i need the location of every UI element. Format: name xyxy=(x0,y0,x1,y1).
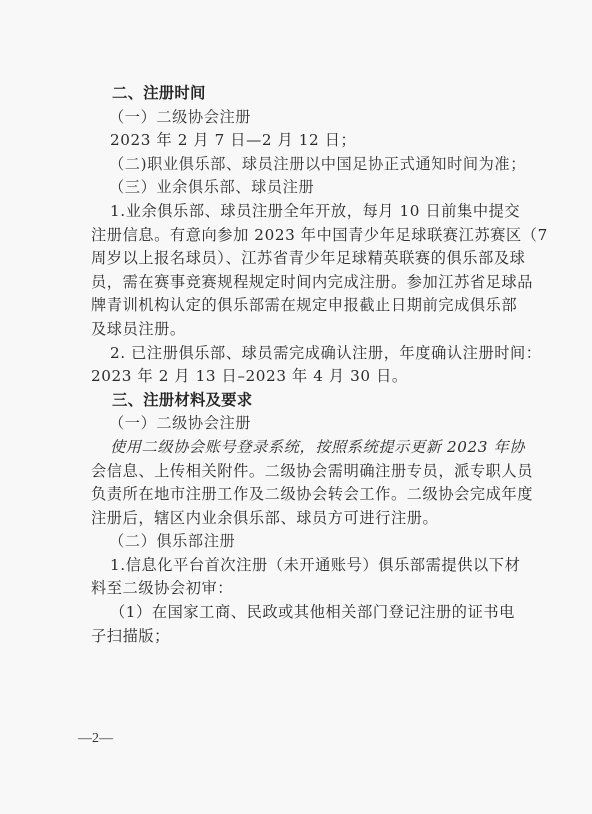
text-line: 注册后，辖区内业余俱乐部、球员方可进行注册。 xyxy=(91,507,519,531)
text-line: 周岁以上报名球员）、江苏省青少年足球精英联赛的俱乐部及球 xyxy=(91,247,519,271)
subheading-level2-association: （一）二级协会注册 xyxy=(91,412,519,436)
text-line: 注册信息。有意向参加 2023 年中国青少年足球联赛江苏赛区（7 xyxy=(91,224,519,248)
subheading-club-registration: （二）俱乐部注册 xyxy=(91,530,519,554)
text-line: 1.业余俱乐部、球员注册全年开放，每月 10 日前集中提交 xyxy=(91,200,519,224)
text-line: 负责所在地市注册工作及二级协会转会工作。二级协会完成年度 xyxy=(91,483,519,507)
text-line: 牌青训机构认定的俱乐部需在规定申报截止日期前完成俱乐部 xyxy=(91,294,519,318)
text-line: 2. 已注册俱乐部、球员需完成确认注册，年度确认注册时间： xyxy=(91,342,519,366)
text-line: 会信息、上传相关附件。二级协会需明确注册专员，派专职人员 xyxy=(91,460,519,484)
text-line: 2023 年 2 月 13 日–2023 年 4 月 30 日。 xyxy=(91,365,519,389)
association-registration-dates: 2023 年 2 月 7 日—2 月 12 日； xyxy=(91,129,519,153)
text-line: 1.信息化平台首次注册（未开通账号）俱乐部需提供以下材 xyxy=(91,554,519,578)
section-heading-registration-time: 二、注册时间 xyxy=(91,82,519,106)
text-line: （1）在国家工商、民政或其他相关部门登记注册的证书电 xyxy=(91,601,519,625)
text-line: 员，需在赛事竞赛规程规定时间内完成注册。参加江苏省足球品 xyxy=(91,271,519,295)
text-line: 子扫描版； xyxy=(91,625,519,649)
subheading-amateur-club: （三）业余俱乐部、球员注册 xyxy=(91,176,519,200)
professional-club-registration: （二)职业俱乐部、球员注册以中国足协正式通知时间为准； xyxy=(91,153,519,177)
text-line: 料至二级协会初审： xyxy=(91,577,519,601)
document-page: 二、注册时间 （一）二级协会注册 2023 年 2 月 7 日—2 月 12 日… xyxy=(0,0,592,814)
paragraph-confirm-registration: 2. 已注册俱乐部、球员需完成确认注册，年度确认注册时间： 2023 年 2 月… xyxy=(91,342,519,389)
paragraph-amateur-registration: 1.业余俱乐部、球员注册全年开放，每月 10 日前集中提交 注册信息。有意向参加… xyxy=(91,200,519,342)
text-line: 使用二级协会账号登录系统，按照系统提示更新 2023 年协 xyxy=(91,436,519,460)
text-line: 及球员注册。 xyxy=(91,318,519,342)
page-number: —2— xyxy=(78,731,113,747)
section-heading-materials: 三、注册材料及要求 xyxy=(91,389,519,413)
paragraph-first-registration: 1.信息化平台首次注册（未开通账号）俱乐部需提供以下材 料至二级协会初审： xyxy=(91,554,519,601)
paragraph-certificate: （1）在国家工商、民政或其他相关部门登记注册的证书电 子扫描版； xyxy=(91,601,519,648)
document-body: 二、注册时间 （一）二级协会注册 2023 年 2 月 7 日—2 月 12 日… xyxy=(91,82,519,648)
subheading-level2-association: （一）二级协会注册 xyxy=(91,106,519,130)
paragraph-association-materials: 使用二级协会账号登录系统，按照系统提示更新 2023 年协 会信息、上传相关附件… xyxy=(91,436,519,530)
